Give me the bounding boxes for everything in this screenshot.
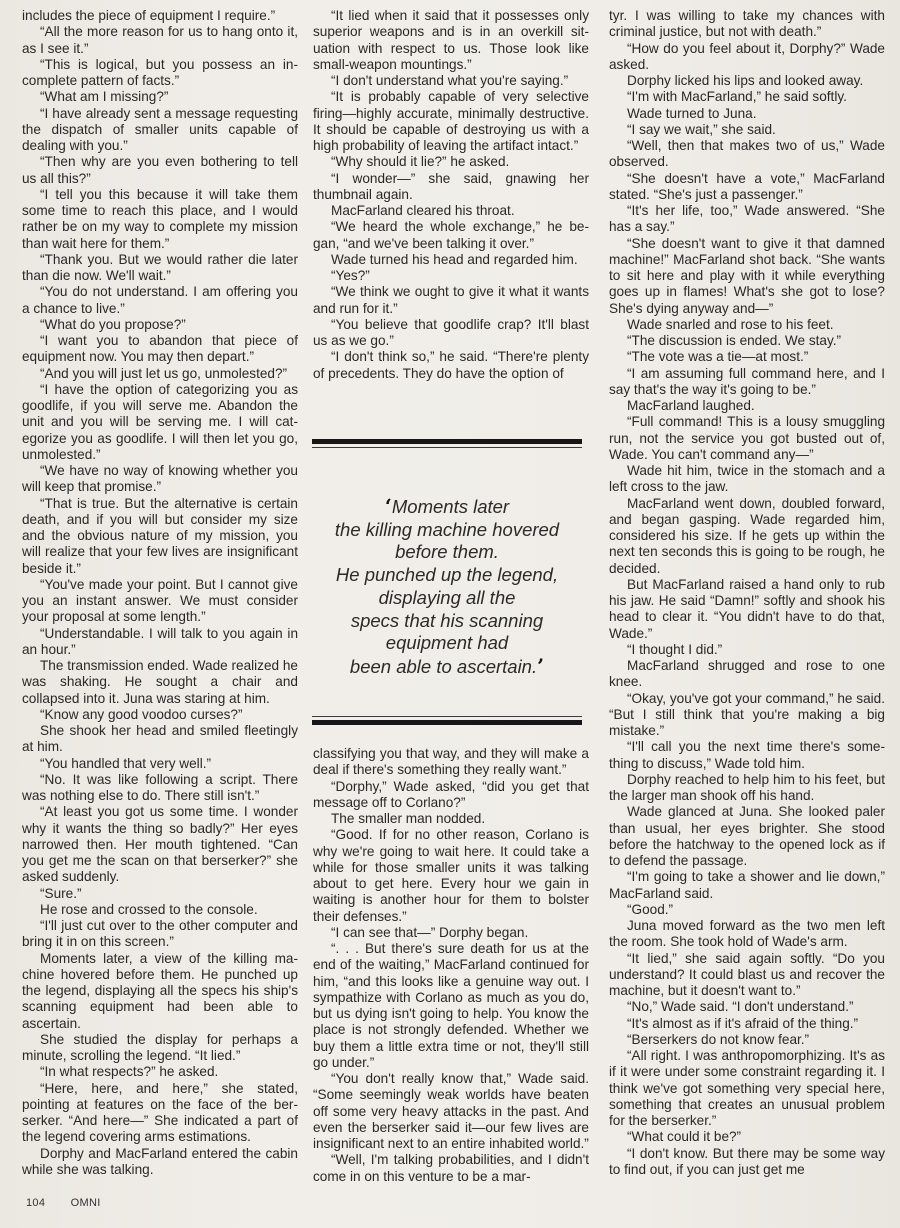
paragraph: “The vote was a tie—at most.” <box>609 349 885 365</box>
paragraph: Wade turned his head and regarded him. <box>313 252 589 268</box>
paragraph: “Sure.” <box>22 886 298 902</box>
paragraph: “We think we ought to give it what it wa… <box>313 284 589 317</box>
paragraph: “I'm with MacFarland,” he said softly. <box>609 89 885 105</box>
paragraph: “I have the option of categorizing you a… <box>22 382 298 463</box>
paragraph: “Why should it lie?” he asked. <box>313 154 589 170</box>
paragraph: “It lied,” she said again softly. “Do yo… <box>609 951 885 1000</box>
paragraph: “It lied when it said that it possesses … <box>313 8 589 73</box>
paragraph: “Thank you. But we would rather die late… <box>22 252 298 285</box>
paragraph: MacFarland went down, doubled for­ward, … <box>609 496 885 577</box>
paragraph: The transmission ended. Wade realized he… <box>22 658 298 707</box>
paragraph: MacFarland laughed. <box>609 398 885 414</box>
open-quote-mark-icon: ‘ <box>385 494 392 518</box>
page-footer: 104 OMNI <box>26 1197 101 1209</box>
text-column-middle-bottom: classifying you that way, and they will … <box>313 746 589 1185</box>
paragraph: “It is probably capable of very selectiv… <box>313 89 589 154</box>
paragraph: “What could it be?” <box>609 1129 885 1145</box>
paragraph: He rose and crossed to the console. <box>22 902 298 918</box>
paragraph: tyr. I was willing to take my chances wi… <box>609 8 885 41</box>
paragraph: “You handled that very well.” <box>22 756 298 772</box>
paragraph: “She doesn't want to give it that damned… <box>609 236 885 317</box>
paragraph: “We have no way of knowing whether you w… <box>22 463 298 496</box>
pull-quote-line: the killing machine hovered <box>312 519 582 542</box>
paragraph: “I say we wait,” she said. <box>609 122 885 138</box>
paragraph: But MacFarland raised a hand only to rub… <box>609 577 885 642</box>
paragraph: “You don't really know that,” Wade said.… <box>313 1071 589 1152</box>
paragraph: “. . . But there's sure death for us at … <box>313 941 589 1071</box>
magazine-page: includes the piece of equipment I requir… <box>0 0 900 1228</box>
pull-quote: ‘Moments later the killing machine hover… <box>312 495 582 679</box>
divider-thick <box>312 720 582 725</box>
pull-quote-line: been able to ascertain.’ <box>312 655 582 679</box>
paragraph: MacFarland shrugged and rose to one knee… <box>609 658 885 691</box>
close-quote-mark-icon: ’ <box>537 654 544 678</box>
paragraph: “Understandable. I will talk to you agai… <box>22 626 298 659</box>
paragraph: “What am I missing?” <box>22 89 298 105</box>
paragraph: “I'll just cut over to the other compute… <box>22 918 298 951</box>
divider-thick <box>312 439 582 444</box>
paragraph: “You've made your point. But I cannot gi… <box>22 577 298 626</box>
paragraph: Dorphy licked his lips and looked away. <box>609 73 885 89</box>
paragraph: “What do you propose?” <box>22 317 298 333</box>
paragraph: “We heard the whole exchange,” he be­gan… <box>313 219 589 252</box>
paragraph: Wade glanced at Juna. She looked paler t… <box>609 804 885 869</box>
paragraph: Wade turned to Juna. <box>609 106 885 122</box>
paragraph: “I thought I did.” <box>609 642 885 658</box>
paragraph: “Good.” <box>609 902 885 918</box>
text-column-middle-top: “It lied when it said that it possesses … <box>313 8 589 382</box>
paragraph: She shook her head and smiled fleet­ingl… <box>22 723 298 756</box>
paragraph: “She doesn't have a vote,” MacFarland st… <box>609 171 885 204</box>
paragraph: “I don't know. But there may be some way… <box>609 1146 885 1179</box>
paragraph: The smaller man nodded. <box>313 811 589 827</box>
paragraph: “Here, here, and here,” she stated, poin… <box>22 1081 298 1146</box>
paragraph: “Yes?” <box>313 268 589 284</box>
paragraph: “Then why are you even bothering to tell… <box>22 154 298 187</box>
paragraph: “Well, then that makes two of us,” Wade … <box>609 138 885 171</box>
paragraph: “I wonder—” she said, gnawing her thumbn… <box>313 171 589 204</box>
paragraph: “I am assuming full command here, and I … <box>609 366 885 399</box>
paragraph: “Berserkers do not know fear.” <box>609 1032 885 1048</box>
divider-thin <box>312 447 582 448</box>
paragraph: “This is logical, but you possess an in­… <box>22 57 298 90</box>
paragraph: “How do you feel about it, Dorphy?” Wade… <box>609 41 885 74</box>
divider-thin <box>312 716 582 717</box>
paragraph: “No,” Wade said. “I don't understand.” <box>609 999 885 1015</box>
paragraph: “I have already sent a message request­i… <box>22 106 298 155</box>
paragraph: “No. It was like following a script. The… <box>22 772 298 805</box>
paragraph: classifying you that way, and they will … <box>313 746 589 779</box>
pull-quote-line: He punched up the legend, <box>312 564 582 587</box>
paragraph: “Well, I'm talking probabilities, and I … <box>313 1152 589 1185</box>
paragraph: “And you will just let us go, unmolested… <box>22 366 298 382</box>
paragraph: Wade snarled and rose to his feet. <box>609 317 885 333</box>
pull-quote-line: ‘Moments later <box>312 495 582 519</box>
paragraph: “I'm going to take a shower and lie down… <box>609 869 885 902</box>
paragraph: She studied the display for perhaps a mi… <box>22 1032 298 1065</box>
paragraph: Wade hit him, twice in the stomach and a… <box>609 463 885 496</box>
paragraph: “All the more reason for us to hang onto… <box>22 24 298 57</box>
page-number: 104 <box>26 1197 45 1209</box>
paragraph: “I tell you this because it will take th… <box>22 187 298 252</box>
paragraph: “Full command! This is a lousy smug­glin… <box>609 414 885 463</box>
paragraph: “Dorphy,” Wade asked, “did you get that … <box>313 779 589 812</box>
paragraph: “At least you got us some time. I wonder… <box>22 804 298 885</box>
pull-quote-line: equipment had <box>312 632 582 655</box>
magazine-name: OMNI <box>71 1197 101 1209</box>
paragraph: “The discussion is ended. We stay.” <box>609 333 885 349</box>
text-column-left: includes the piece of equipment I requir… <box>22 8 298 1178</box>
paragraph: “I don't understand what you're saying.” <box>313 73 589 89</box>
paragraph: “It's her life, too,” Wade answered. “Sh… <box>609 203 885 236</box>
paragraph: “Okay, you've got your command,” he said… <box>609 691 885 740</box>
paragraph: “Good. If for no other reason, Corlano i… <box>313 827 589 925</box>
paragraph: “You believe that goodlife crap? It'll b… <box>313 317 589 350</box>
paragraph: Moments later, a view of the killing ma­… <box>22 951 298 1032</box>
paragraph: Juna moved forward as the two men left t… <box>609 918 885 951</box>
pull-quote-rule-top <box>312 439 582 448</box>
pull-quote-rule-bottom <box>312 716 582 725</box>
paragraph: “I don't think so,” he said. “There're p… <box>313 349 589 382</box>
paragraph: “You do not understand. I am offering yo… <box>22 284 298 317</box>
pull-quote-line: before them. <box>312 541 582 564</box>
pull-quote-line: specs that his scanning <box>312 610 582 633</box>
paragraph: includes the piece of equipment I requir… <box>22 8 298 24</box>
text-column-right: tyr. I was willing to take my chances wi… <box>609 8 885 1178</box>
paragraph: “All right. I was anthropomorphizing. It… <box>609 1048 885 1129</box>
paragraph: “I want you to abandon that piece of equ… <box>22 333 298 366</box>
paragraph: “It's almost as if it's afraid of the th… <box>609 1016 885 1032</box>
paragraph: MacFarland cleared his throat. <box>313 203 589 219</box>
pull-quote-line: displaying all the <box>312 587 582 610</box>
paragraph: “I'll call you the next time there's som… <box>609 739 885 772</box>
paragraph: “I can see that—” Dorphy began. <box>313 925 589 941</box>
paragraph: Dorphy and MacFarland entered the cabin … <box>22 1146 298 1179</box>
paragraph: “Know any good voodoo curses?” <box>22 707 298 723</box>
paragraph: “In what respects?” he asked. <box>22 1064 298 1080</box>
paragraph: “That is true. But the alternative is ce… <box>22 496 298 577</box>
paragraph: Dorphy reached to help him to his feet, … <box>609 772 885 805</box>
